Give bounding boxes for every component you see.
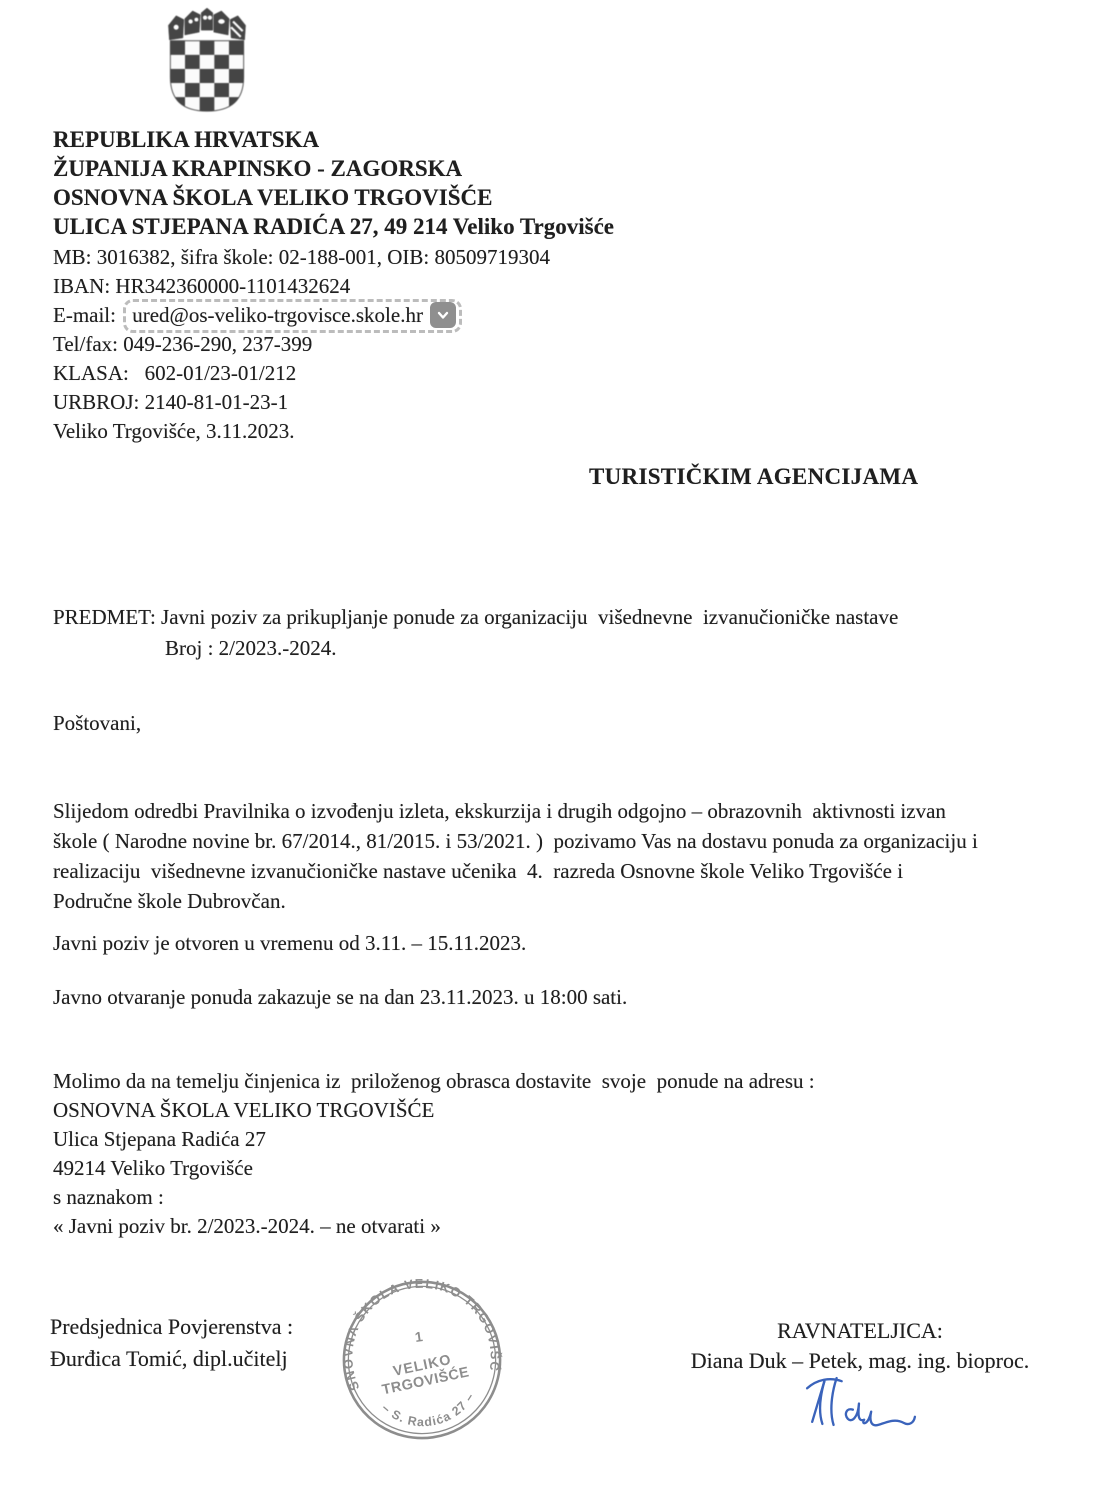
country-line: REPUBLIKA HRVATSKA [53, 125, 614, 154]
open-period-line: Javni poziv je otvoren u vremenu od 3.11… [53, 931, 526, 956]
chevron-down-icon [435, 307, 451, 323]
school-info-block: MB: 3016382, šifra škole: 02-188-001, OI… [53, 243, 550, 446]
email-dropdown-button[interactable] [430, 302, 456, 328]
klasa-line: KLASA: 602-01/23-01/212 [53, 359, 550, 388]
address-school-line: OSNOVNA ŠKOLA VELIKO TRGOVIŠĆE [53, 1096, 815, 1125]
principal-title: RAVNATELJICA: [660, 1316, 1060, 1346]
county-line: ŽUPANIJA KRAPINSKO - ZAGORSKA [53, 154, 614, 183]
round-stamp-icon: OSNOVNA ŠKOLA VELIKO TRGOVIŠĆE – S. Radi… [338, 1276, 506, 1444]
croatian-coat-of-arms [163, 8, 251, 116]
paragraph-line: realizaciju višednevne izvanučioničke na… [53, 856, 978, 886]
subject-line: PREDMET: Javni poziv za prikupljanje pon… [53, 602, 898, 633]
subject-number-line: Broj : 2/2023.-2024. [53, 633, 898, 664]
stamp-number: 1 [414, 1328, 424, 1345]
committee-title: Predsjednica Povjerenstva : [50, 1311, 293, 1343]
signature-icon [800, 1372, 922, 1430]
paragraph-line: Slijedom odredbi Pravilnika o izvođenju … [53, 796, 978, 826]
opening-date-line: Javno otvaranje ponuda zakazuje se na da… [53, 985, 627, 1010]
email-line: E-mail: ured@os-veliko-trgovisce.skole.h… [53, 301, 550, 330]
committee-signature-block: Predsjednica Povjerenstva : Đurđica Tomi… [50, 1311, 293, 1375]
address-intro-line: Molimo da na temelju činjenica iz prilož… [53, 1067, 815, 1096]
urbroj-line: URBROJ: 2140-81-01-23-1 [53, 388, 550, 417]
address-street-line: Ulica Stjepana Radića 27 [53, 1125, 815, 1154]
address-city-line: 49214 Veliko Trgovišće [53, 1154, 815, 1183]
scanned-letter-page: REPUBLIKA HRVATSKA ŽUPANIJA KRAPINSKO - … [0, 0, 1104, 1498]
salutation: Poštovani, [53, 711, 141, 736]
email-address[interactable]: ured@os-veliko-trgovisce.skole.hr [132, 303, 423, 327]
school-address-line: ULICA STJEPANA RADIĆA 27, 49 214 Veliko … [53, 212, 614, 241]
school-name-line: OSNOVNA ŠKOLA VELIKO TRGOVIŠĆE [53, 183, 614, 212]
subject-block: PREDMET: Javni poziv za prikupljanje pon… [53, 602, 898, 664]
address-note-label: s naznakom : [53, 1183, 815, 1212]
paragraph-line: škole ( Narodne novine br. 67/2014., 81/… [53, 826, 978, 856]
school-header-block: REPUBLIKA HRVATSKA ŽUPANIJA KRAPINSKO - … [53, 125, 614, 241]
paragraph-line: Područne škole Dubrovčan. [53, 886, 978, 916]
committee-name: Đurđica Tomić, dipl.učitelj [50, 1343, 293, 1375]
iban-line: IBAN: HR342360000-1101432624 [53, 272, 550, 301]
email-link-annotation[interactable]: ured@os-veliko-trgovisce.skole.hr [123, 299, 462, 333]
principal-signature-block: RAVNATELJICA: Diana Duk – Petek, mag. in… [660, 1316, 1060, 1376]
address-note-line: « Javni poziv br. 2/2023.-2024. – ne otv… [53, 1212, 815, 1241]
coat-of-arms-icon [163, 8, 251, 116]
body-paragraph: Slijedom odredbi Pravilnika o izvođenju … [53, 796, 978, 916]
place-date-line: Veliko Trgovišće, 3.11.2023. [53, 417, 550, 446]
email-label: E-mail: [53, 303, 121, 327]
telfax-line: Tel/fax: 049-236-290, 237-399 [53, 330, 550, 359]
mb-line: MB: 3016382, šifra škole: 02-188-001, OI… [53, 243, 550, 272]
delivery-address-block: Molimo da na temelju činjenica iz prilož… [53, 1067, 815, 1241]
recipient-title: TURISTIČKIM AGENCIJAMA [589, 464, 918, 490]
school-stamp: OSNOVNA ŠKOLA VELIKO TRGOVIŠĆE – S. Radi… [338, 1276, 506, 1444]
handwritten-signature [800, 1372, 922, 1430]
